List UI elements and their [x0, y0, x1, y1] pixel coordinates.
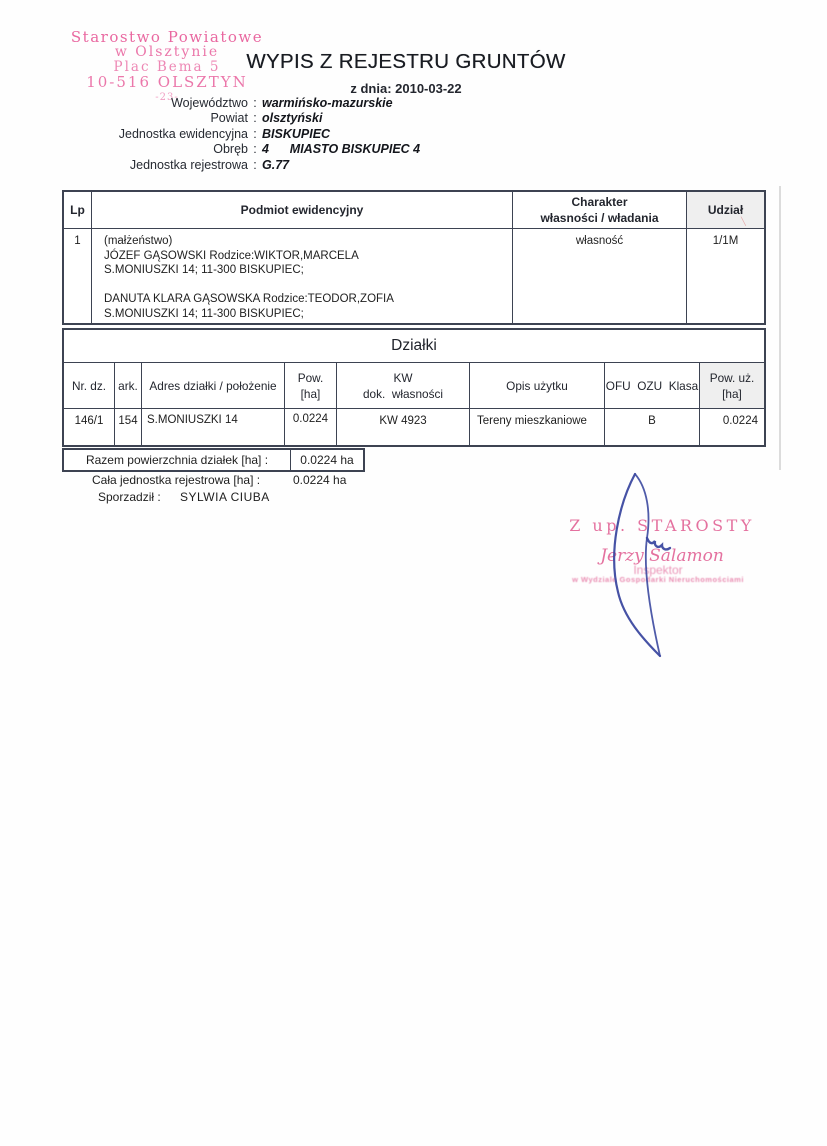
- field-value: G.77: [262, 158, 289, 173]
- pen-signature: [602, 458, 686, 668]
- header-cell-podmiot: Podmiot ewidencyjny: [92, 192, 513, 228]
- header-cell-charakter: Charakter własności / władania: [513, 192, 687, 228]
- scan-edge-artifact: [779, 186, 781, 470]
- podmiot-line: (małżeństwo): [104, 234, 512, 249]
- header-text: Pow. uż.: [710, 370, 755, 386]
- owners-table: Lp Podmiot ewidencyjny Charakter własnoś…: [62, 190, 766, 325]
- header-text: [ha]: [301, 386, 321, 402]
- field-separator: :: [248, 96, 262, 111]
- header-cell-lp: Lp: [64, 192, 92, 228]
- field-row-jednostka-ewidencyjna: Jednostka ewidencyjna : BISKUPIEC: [62, 127, 542, 142]
- field-label: Jednostka rejestrowa: [62, 158, 248, 173]
- office-address-stamp: Starostwo Powiatowe w Olsztynie Plac Bem…: [58, 30, 276, 105]
- header-fields: Województwo : warmińsko-mazurskie Powiat…: [62, 96, 542, 173]
- field-value: warmińsko-mazurskie: [262, 96, 393, 111]
- prepared-by-value: SYLWIA CIUBA: [180, 490, 270, 504]
- cell-nr-dz: 146/1: [64, 409, 115, 445]
- field-row-jednostka-rejestrowa: Jednostka rejestrowa : G.77: [62, 158, 542, 173]
- field-row-obreb: Obręb : 4 MIASTO BISKUPIEC 4: [62, 142, 542, 157]
- podmiot-line: JÓZEF GĄSOWSKI Rodzice:WIKTOR,MARCELA: [104, 249, 512, 264]
- scan-speck-artifact: ╲: [741, 217, 746, 224]
- header-cell-pow-uz: Pow. uż. [ha]: [700, 363, 764, 408]
- header-text: dok. własności: [363, 386, 443, 402]
- header-cell-nr-dz: Nr. dz.: [64, 363, 115, 408]
- stamp-line: 10-516 OLSZTYN: [58, 75, 276, 90]
- field-value: olsztyński: [262, 111, 322, 126]
- header-cell-adres: Adres działki / położenie: [142, 363, 285, 408]
- podmiot-line: [104, 278, 512, 293]
- podmiot-line: DANUTA KLARA GĄSOWSKA Rodzice:TEODOR,ZOF…: [104, 292, 512, 307]
- field-label: Powiat: [62, 111, 248, 126]
- owners-table-header: Lp Podmiot ewidencyjny Charakter własnoś…: [64, 192, 764, 229]
- field-label: Obręb: [62, 142, 248, 157]
- parcels-table-row: 146/1 154 S.MONIUSZKI 14 0.0224 KW 4923 …: [64, 409, 764, 445]
- header-cell-pow: Pow. [ha]: [285, 363, 337, 408]
- header-cell-opis: Opis użytku: [470, 363, 605, 408]
- header-cell-ofu-ozu-klasa: OFU OZU Klasa: [605, 363, 700, 408]
- field-label: Województwo: [62, 96, 248, 111]
- owners-table-row: 1 (małżeństwo) JÓZEF GĄSOWSKI Rodzice:WI…: [64, 229, 764, 323]
- cell-pow-uz: 0.0224: [700, 409, 764, 445]
- document-title: WYPIS Z REJESTRU GRUNTÓW: [246, 50, 565, 74]
- cell-pow: 0.0224: [285, 409, 337, 445]
- prepared-by-label: Sporzadził :: [98, 490, 161, 504]
- register-unit-area-label: Cała jednostka rejestrowa [ha] :: [92, 473, 260, 487]
- podmiot-line: S.MONIUSZKI 14; 11-300 BISKUPIEC;: [104, 307, 512, 322]
- parcels-section-title: Działki: [64, 330, 764, 363]
- header-text: KW: [393, 370, 412, 386]
- field-row-wojewodztwo: Województwo : warmińsko-mazurskie: [62, 96, 542, 111]
- header-text: Pow.: [298, 370, 324, 386]
- cell-udzial: 1/1M: [687, 229, 764, 323]
- document-page: Starostwo Powiatowe w Olsztynie Plac Bem…: [0, 0, 827, 1146]
- parcels-table: Działki Nr. dz. ark. Adres działki / poł…: [62, 328, 766, 447]
- cell-opis: Tereny mieszkaniowe: [470, 409, 605, 445]
- document-date: z dnia: 2010-03-22: [350, 81, 461, 96]
- header-text: własności / władania: [540, 210, 658, 226]
- header-text: [ha]: [722, 386, 742, 402]
- total-area-label: Razem powierzchnia działek [ha] :: [64, 450, 291, 470]
- stamp-line: Starostwo Powiatowe: [58, 30, 276, 45]
- field-row-powiat: Powiat : olsztyński: [62, 111, 542, 126]
- field-separator: :: [248, 142, 262, 157]
- total-area-box: Razem powierzchnia działek [ha] : 0.0224…: [62, 448, 365, 472]
- field-value: BISKUPIEC: [262, 127, 330, 142]
- total-area-value: 0.0224 ha: [291, 450, 363, 470]
- header-text: Charakter: [571, 194, 627, 210]
- cell-adres: S.MONIUSZKI 14: [142, 409, 285, 445]
- field-value: 4 MIASTO BISKUPIEC 4: [262, 142, 420, 157]
- stamp-line: w Olsztynie: [58, 45, 276, 60]
- register-unit-area-value: 0.0224 ha: [293, 473, 346, 487]
- field-label: Jednostka ewidencyjna: [62, 127, 248, 142]
- cell-lp: 1: [64, 229, 92, 323]
- cell-podmiot: (małżeństwo) JÓZEF GĄSOWSKI Rodzice:WIKT…: [92, 229, 513, 323]
- header-cell-kw: KW dok. własności: [337, 363, 470, 408]
- parcels-table-header: Nr. dz. ark. Adres działki / położenie P…: [64, 363, 764, 409]
- cell-charakter: własność: [513, 229, 687, 323]
- header-cell-udzial: Udział: [687, 192, 764, 228]
- header-cell-ark: ark.: [115, 363, 142, 408]
- field-separator: :: [248, 127, 262, 142]
- cell-ark: 154: [115, 409, 142, 445]
- field-separator: :: [248, 158, 262, 173]
- field-separator: :: [248, 111, 262, 126]
- cell-kw: KW 4923: [337, 409, 470, 445]
- cell-klasa: B: [605, 409, 700, 445]
- podmiot-line: S.MONIUSZKI 14; 11-300 BISKUPIEC;: [104, 263, 512, 278]
